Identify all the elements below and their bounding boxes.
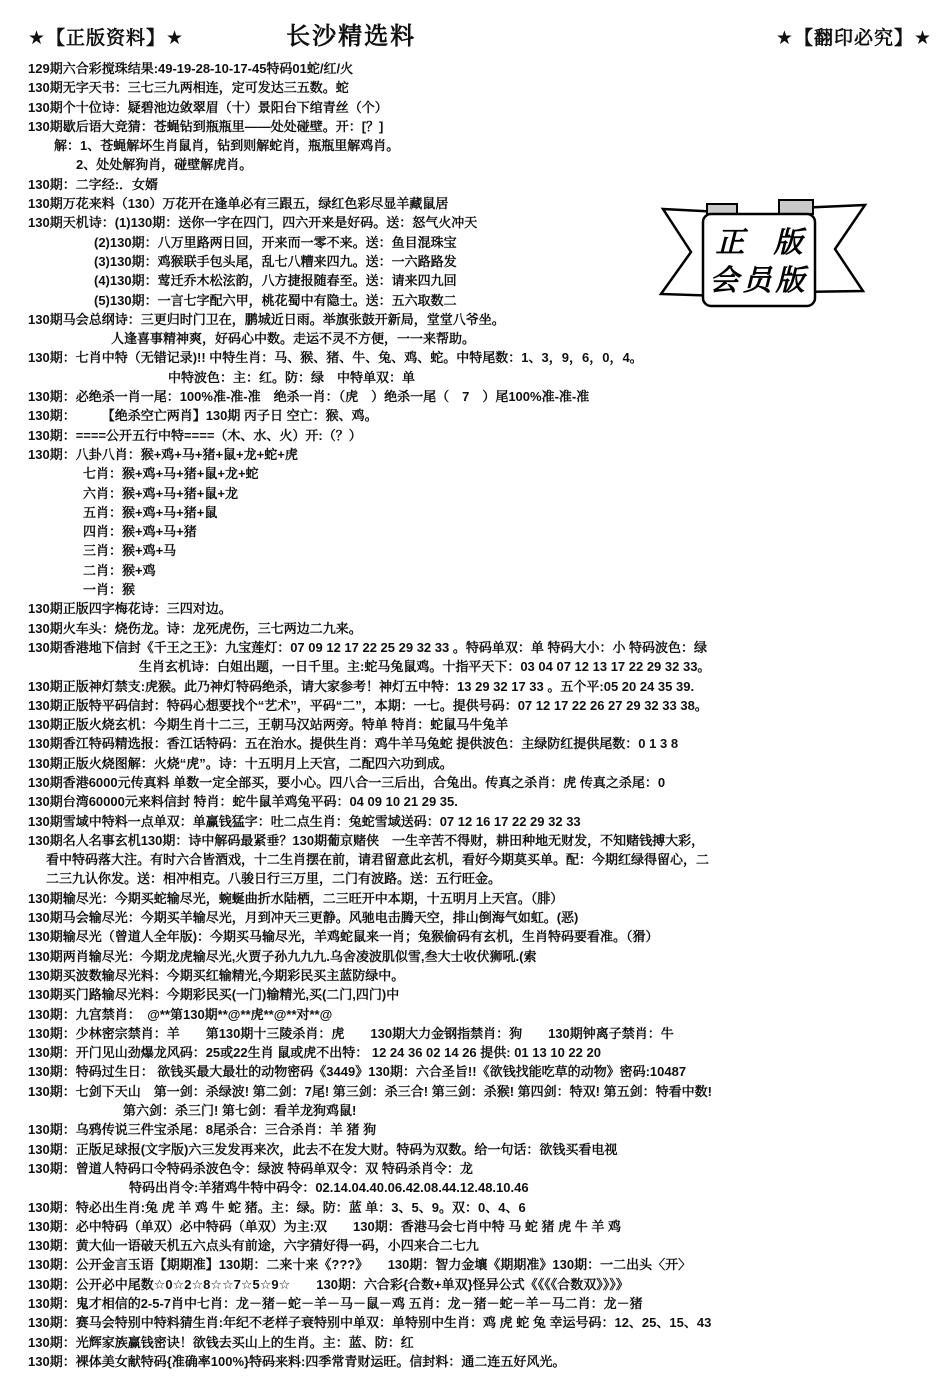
- doc-line-text: 130期：曾道人特码口令特码杀波色令：绿波 特码单双令：双 特码杀肖令：龙: [28, 1161, 473, 1176]
- doc-line-text: 130期：七剑下天山 第一剑：杀绿波! 第二剑：7尾! 第三剑：杀三合! 第三剑…: [28, 1084, 712, 1099]
- page-header: ★【正版资料】★ 长沙精选料 ★【翻印必究】★: [0, 0, 946, 53]
- doc-line: 130期：正版足球报(文字版)六三发发再来次，此去不在发大财。特码为双数。给一句…: [28, 1140, 942, 1159]
- doc-line-text: 五肖：猴+鸡+马+猪+鼠: [83, 505, 217, 520]
- doc-line-text: 130期天机诗：(1)130期：送你一字在四门，四六开来是好码。送：怒气火冲天: [28, 215, 477, 230]
- doc-line-text: 130期：八卦八肖：猴+鸡+马+猪+鼠+龙+蛇+虎: [28, 447, 298, 462]
- doc-line-text: 130期正版特平码信封：特码心想要找个“艺术”，平码“二”，本期：一七。提供号码…: [28, 698, 708, 713]
- doc-line-text: 130期：乌鸦传说三件宝杀尾：8尾杀合：三合杀肖：羊 猪 狗: [28, 1122, 376, 1137]
- doc-line: 四肖：猴+鸡+马+猪: [28, 522, 942, 541]
- doc-line-text: 130期：赛马会特别中特料猜生肖:年纪不老样子衰特别中单双：单特别中生肖：鸡 虎…: [28, 1315, 711, 1330]
- doc-line-text: 130期：光辉家族赢钱密诀！欲钱去买山上的生肖。主：蓝、防：红: [28, 1335, 414, 1350]
- doc-line-text: 130期正版神灯禁支:虎猴。此乃神灯特码绝杀，请大家参考！神灯五中特：13 29…: [28, 679, 694, 694]
- doc-line-text: 130期输尽光（曾道人全年版)：今期买马输尽光，羊鸡蛇鼠来一肖；兔猴偷码有玄机，…: [28, 929, 659, 944]
- doc-line-text: 130期：特必出生肖:兔 虎 羊 鸡 牛 蛇 猪。主：绿。防：蓝 单：3、5、9…: [28, 1200, 526, 1215]
- doc-line-text: 130期：正版足球报(文字版)六三发发再来次，此去不在发大财。特码为双数。给一句…: [28, 1142, 617, 1157]
- doc-line-text: 解：1、苍蝇解坏生肖鼠肖，钻到则解蛇肖，瓶瓶里解鸡肖。: [54, 138, 399, 153]
- doc-line-text: 130期：特码过生日： 欲钱买最大最壮的动物密码《3449》130期：六合圣旨!…: [28, 1064, 686, 1079]
- doc-line-text: 130期台湾60000元来料信封 特肖：蛇牛鼠羊鸡兔平码：04 09 10 21…: [28, 794, 458, 809]
- doc-line-text: 130期万花来料（130）万花开在逢单必有三跟五，绿红色彩尽显羊藏鼠居: [28, 196, 448, 211]
- doc-line: 130期香江特码精选报：香江话特码：五在治水。提供生肖：鸡牛羊马兔蛇 提供波色：…: [28, 734, 942, 753]
- stamp-line1: 正 版: [715, 225, 807, 259]
- doc-line-text: 二三九认你发。送：相冲相克。八骏日行三万里，二门有波路。送：五行旺金。: [46, 871, 501, 886]
- doc-line: 六肖：猴+鸡+马+猪+鼠+龙: [28, 484, 942, 503]
- doc-line-text: 130期马会输尽光：今期买羊输尽光，月到冲天三更静。风驰电击腾天空，排山倒海气如…: [28, 910, 578, 925]
- doc-line: 特码出肖令:羊猪鸡牛特中码令：02.14.04.40.06.42.08.44.1…: [28, 1178, 942, 1197]
- doc-line: 130期正版四字梅花诗：三四对边。: [28, 599, 942, 618]
- doc-line: 三肖：猴+鸡+马: [28, 541, 942, 560]
- doc-line: 人逢喜事精神爽，好码心中数。走运不灵不方便，一一来帮助。: [28, 329, 942, 348]
- doc-line-text: 130期：二字经:．女婿: [28, 177, 158, 192]
- doc-line: 130期： 【绝杀空亡两肖】130期 丙子日 空亡：猴、鸡。: [28, 406, 942, 425]
- doc-line-text: 七肖：猴+鸡+马+猪+鼠+龙+蛇: [83, 466, 259, 481]
- doc-line: 130期：光辉家族赢钱密诀！欲钱去买山上的生肖。主：蓝、防：红: [28, 1333, 942, 1352]
- doc-line: 130期输尽光：今期买蛇输尽光，蜿蜒曲折水陆栖，二三旺开中本期，十五明月上天宫。…: [28, 889, 942, 908]
- doc-line: 130期正版火烧玄机：今期生肖十二三，王朝马汉站两旁。特单 特肖：蛇鼠马牛兔羊: [28, 715, 942, 734]
- doc-line: 看中特码落大注。有时六合皆酒戏，十二生肖摆在前，请君留意此玄机，看好今期莫买单。…: [28, 850, 942, 869]
- header-right-label: ★【翻印必究】★: [776, 23, 932, 50]
- doc-line-text: 130期输尽光：今期买蛇输尽光，蜿蜒曲折水陆栖，二三旺开中本期，十五明月上天宫。…: [28, 891, 563, 906]
- doc-line: 130期：====公开五行中特====（木、水、火）开:（？）: [28, 426, 942, 445]
- doc-line-text: 中特波色：主：红。防：绿 中特单双：单: [168, 370, 415, 385]
- doc-line-text: 130期：公开必中尾数☆0☆2☆8☆☆7☆5☆9☆ 130期：六合彩{合数+单双…: [28, 1277, 629, 1292]
- doc-line-text: (2)130期：八万里路两日回，开来而一零不来。送：鱼目混珠宝: [94, 235, 457, 250]
- doc-line-text: 130期：裸体美女献特码{准确率100%}特码来料:四季常青财运旺。信封料：通二…: [28, 1354, 565, 1369]
- doc-line-text: 130期买门路输尽光料：今期彩民买(一门)输精光,买(二门,四门)中: [28, 987, 399, 1002]
- doc-line-text: 130期无字天书：三七三九两相连，定可发达三五数。蛇: [28, 80, 349, 95]
- doc-line: 130期两肖输尽光：今期龙虎输尽光,火贾子孙九九九.乌舍凌波肌似雪,叁大士收伏狮…: [28, 947, 942, 966]
- doc-line: 七肖：猴+鸡+马+猪+鼠+龙+蛇: [28, 464, 942, 483]
- doc-line: 130期名人名事玄机130期：诗中解码最紧垂？130期葡京赌侠 一生辛苦不得财，…: [28, 831, 942, 850]
- doc-line-text: 六肖：猴+鸡+马+猪+鼠+龙: [83, 486, 238, 501]
- doc-line-text: 130期：鬼才相信的2-5-7肖中七肖：龙－猪－蛇－羊－马－鼠－鸡 五肖：龙－猪…: [28, 1296, 643, 1311]
- doc-line-text: 130期：公开金言玉语【期期准】130期：二来十来《???》 130期：智力金壤…: [28, 1257, 691, 1272]
- doc-line: 130期：开门见山劲爆龙风码：25或22生肖 鼠或虎不出特： 12 24 36 …: [28, 1043, 942, 1062]
- doc-line: 130期：七肖中特（无错记录)!! 中特生肖：马、猴、猪、牛、兔、鸡、蛇。中特尾…: [28, 348, 942, 367]
- doc-line-text: 130期：七肖中特（无错记录)!! 中特生肖：马、猴、猪、牛、兔、鸡、蛇。中特尾…: [28, 350, 643, 365]
- doc-line: 130期：特必出生肖:兔 虎 羊 鸡 牛 蛇 猪。主：绿。防：蓝 单：3、5、9…: [28, 1198, 942, 1217]
- doc-line: 130期：九宫禁肖： @**第130期**@**虎**@**对**@: [28, 1005, 942, 1024]
- doc-line: 解：1、苍蝇解坏生肖鼠肖，钻到则解蛇肖，瓶瓶里解鸡肖。: [28, 136, 942, 155]
- member-edition-stamp: 正 版 会员版: [628, 188, 890, 326]
- doc-line: 130期正版特平码信封：特码心想要找个“艺术”，平码“二”，本期：一七。提供号码…: [28, 696, 942, 715]
- document-page: ★【正版资料】★ 长沙精选料 ★【翻印必究】★ 129期六合彩搅珠结果:49-1…: [0, 0, 946, 1388]
- doc-line: 130期：曾道人特码口令特码杀波色令：绿波 特码单双令：双 特码杀肖令：龙: [28, 1159, 942, 1178]
- doc-line-text: 130期：必绝杀一肖一尾：100%准-准-准 绝杀一肖：（虎 ）绝杀一尾（ 7 …: [28, 389, 589, 404]
- doc-line-text: 130期：开门见山劲爆龙风码：25或22生肖 鼠或虎不出特： 12 24 36 …: [28, 1045, 601, 1060]
- doc-line: 130期台湾60000元来料信封 特肖：蛇牛鼠羊鸡兔平码：04 09 10 21…: [28, 792, 942, 811]
- doc-line-text: 第六剑：杀三门! 第七剑：看羊龙狗鸡鼠!: [123, 1103, 356, 1118]
- doc-line-text: 130期：少林密宗禁肖：羊 第130期十三陵杀肖：虎 130期大力金钢指禁肖：狗…: [28, 1026, 674, 1041]
- doc-line: 130期买门路输尽光料：今期彩民买(一门)输精光,买(二门,四门)中: [28, 985, 942, 1004]
- doc-line-text: 130期两肖输尽光：今期龙虎输尽光,火贾子孙九九九.乌舍凌波肌似雪,叁大士收伏狮…: [28, 949, 536, 964]
- doc-line: 130期歇后语大竞猜：苍蝇钻到瓶瓶里——处处碰壁。开：[？]: [28, 117, 942, 136]
- doc-line: 130期雪域中特料一点单双：单赢钱猛字：吐二点生肖：兔蛇雪域送码：07 12 1…: [28, 812, 942, 831]
- doc-line-text: 130期正版火烧图解：火烧“虎”。诗：十五明月上天宫，二配四六功到成。: [28, 756, 453, 771]
- doc-line: 130期香港6000元传真料 单数一定全部买，要小心。四八合一三后出，合兔出。传…: [28, 773, 942, 792]
- ribbon-banner-icon: 正 版 会员版: [628, 188, 890, 326]
- doc-line: 130期个十位诗：疑碧池边敛翠眉（十）景阳台下绾青丝（个）: [28, 98, 942, 117]
- doc-line: 130期：特码过生日： 欲钱买最大最壮的动物密码《3449》130期：六合圣旨!…: [28, 1062, 942, 1081]
- doc-line: 二三九认你发。送：相冲相克。八骏日行三万里，二门有波路。送：五行旺金。: [28, 869, 942, 888]
- doc-line: 130期买波数输尽光料：今期买红输精光,今期彩民买主蓝防绿中。: [28, 966, 942, 985]
- doc-line-text: 130期： 【绝杀空亡两肖】130期 丙子日 空亡：猴、鸡。: [28, 408, 378, 423]
- header-left-label: ★【正版资料】★: [28, 23, 184, 50]
- doc-line: 130期：七剑下天山 第一剑：杀绿波! 第二剑：7尾! 第三剑：杀三合! 第三剑…: [28, 1082, 942, 1101]
- doc-line-text: 130期雪域中特料一点单双：单赢钱猛字：吐二点生肖：兔蛇雪域送码：07 12 1…: [28, 814, 581, 829]
- page-title: 长沙精选料: [286, 16, 416, 51]
- doc-line-text: 生肖玄机诗：白姐出题，一日千里。主:蛇马兔鼠鸡。十指平天下：03 04 07 1…: [139, 659, 710, 674]
- doc-line-text: 129期六合彩搅珠结果:49-19-28-10-17-45特码01蛇/红/火: [28, 61, 353, 76]
- doc-line-text: 二肖：猴+鸡: [83, 563, 156, 578]
- doc-line: 130期：乌鸦传说三件宝杀尾：8尾杀合：三合杀肖：羊 猪 狗: [28, 1120, 942, 1139]
- doc-line: 130期无字天书：三七三九两相连，定可发达三五数。蛇: [28, 78, 942, 97]
- doc-line-text: 130期香港6000元传真料 单数一定全部买，要小心。四八合一三后出，合兔出。传…: [28, 775, 665, 790]
- doc-line: 130期：八卦八肖：猴+鸡+马+猪+鼠+龙+蛇+虎: [28, 445, 942, 464]
- doc-line: 生肖玄机诗：白姐出题，一日千里。主:蛇马兔鼠鸡。十指平天下：03 04 07 1…: [28, 657, 942, 676]
- doc-line: 129期六合彩搅珠结果:49-19-28-10-17-45特码01蛇/红/火: [28, 59, 942, 78]
- doc-line: 二肖：猴+鸡: [28, 561, 942, 580]
- doc-line-text: 四肖：猴+鸡+马+猪: [83, 524, 197, 539]
- doc-line-text: 特码出肖令:羊猪鸡牛特中码令：02.14.04.40.06.42.08.44.1…: [129, 1180, 529, 1195]
- doc-line: 一肖：猴: [28, 580, 942, 599]
- doc-line: 130期：公开必中尾数☆0☆2☆8☆☆7☆5☆9☆ 130期：六合彩{合数+单双…: [28, 1275, 942, 1294]
- doc-line-text: 130期买波数输尽光料：今期买红输精光,今期彩民买主蓝防绿中。: [28, 968, 404, 983]
- stamp-line2: 会员版: [709, 263, 809, 297]
- doc-line: 130期正版火烧图解：火烧“虎”。诗：十五明月上天宫，二配四六功到成。: [28, 754, 942, 773]
- doc-line: 130期：赛马会特别中特料猜生肖:年纪不老样子衰特别中单双：单特别中生肖：鸡 虎…: [28, 1313, 942, 1332]
- doc-line: 130期火车头：烧伤龙。诗：龙死虎伤，三七两边二九来。: [28, 619, 942, 638]
- doc-line: 五肖：猴+鸡+马+猪+鼠: [28, 503, 942, 522]
- doc-line-text: 130期香江特码精选报：香江话特码：五在治水。提供生肖：鸡牛羊马兔蛇 提供波色：…: [28, 736, 678, 751]
- doc-line-text: 2、处处解狗肖，碰壁解虎肖。: [76, 157, 252, 172]
- doc-line-text: 130期正版火烧玄机：今期生肖十二三，王朝马汉站两旁。特单 特肖：蛇鼠马牛兔羊: [28, 717, 508, 732]
- doc-line: 130期正版神灯禁支:虎猴。此乃神灯特码绝杀，请大家参考！神灯五中特：13 29…: [28, 677, 942, 696]
- doc-line: 中特波色：主：红。防：绿 中特单双：单: [28, 368, 942, 387]
- doc-line-text: 130期正版四字梅花诗：三四对边。: [28, 601, 232, 616]
- doc-line-text: 130期马会总纲诗：三更归时门卫在，鹏城近日雨。举旗张鼓开新局，堂堂八爷坐。: [28, 312, 505, 327]
- doc-line: 2、处处解狗肖，碰壁解虎肖。: [28, 155, 942, 174]
- doc-line-text: 人逢喜事精神爽，好码心中数。走运不灵不方便，一一来帮助。: [111, 331, 475, 346]
- doc-line: 130期：必绝杀一肖一尾：100%准-准-准 绝杀一肖：（虎 ）绝杀一尾（ 7 …: [28, 387, 942, 406]
- doc-line-text: 130期名人名事玄机130期：诗中解码最紧垂？130期葡京赌侠 一生辛苦不得财，…: [28, 833, 704, 848]
- doc-line-text: 三肖：猴+鸡+马: [83, 543, 176, 558]
- doc-line: 第六剑：杀三门! 第七剑：看羊龙狗鸡鼠!: [28, 1101, 942, 1120]
- doc-line: 130期：公开金言玉语【期期准】130期：二来十来《???》 130期：智力金壤…: [28, 1255, 942, 1274]
- doc-line-text: 一肖：猴: [83, 582, 135, 597]
- doc-line: 130期：鬼才相信的2-5-7肖中七肖：龙－猪－蛇－羊－马－鼠－鸡 五肖：龙－猪…: [28, 1294, 942, 1313]
- doc-line-text: 看中特码落大注。有时六合皆酒戏，十二生肖摆在前，请君留意此玄机，看好今期莫买单。…: [46, 852, 709, 867]
- doc-line: 130期：裸体美女献特码{准确率100%}特码来料:四季常青财运旺。信封料：通二…: [28, 1352, 942, 1371]
- doc-line: 130期：少林密宗禁肖：羊 第130期十三陵杀肖：虎 130期大力金钢指禁肖：狗…: [28, 1024, 942, 1043]
- doc-line-text: 130期：====公开五行中特====（木、水、火）开:（？）: [28, 428, 362, 443]
- doc-line: 130期输尽光（曾道人全年版)：今期买马输尽光，羊鸡蛇鼠来一肖；兔猴偷码有玄机，…: [28, 927, 942, 946]
- doc-line-text: 130期：黄大仙一语破天机五六点头有前途，六字猜好得一码，小四来合二七九: [28, 1238, 479, 1253]
- doc-line-text: 130期：必中特码（单双）必中特码（单双）为主:双 130期：香港马会七肖中特 …: [28, 1219, 621, 1234]
- doc-line: 130期：黄大仙一语破天机五六点头有前途，六字猜好得一码，小四来合二七九: [28, 1236, 942, 1255]
- doc-line: 130期马会输尽光：今期买羊输尽光，月到冲天三更静。风驰电击腾天空，排山倒海气如…: [28, 908, 942, 927]
- doc-line: 130期香港地下信封《千王之王》：九宝莲灯：07 09 12 17 22 25 …: [28, 638, 942, 657]
- doc-line: 130期：必中特码（单双）必中特码（单双）为主:双 130期：香港马会七肖中特 …: [28, 1217, 942, 1236]
- doc-line-text: 130期火车头：烧伤龙。诗：龙死虎伤，三七两边二九来。: [28, 621, 362, 636]
- doc-line-text: 130期个十位诗：疑碧池边敛翠眉（十）景阳台下绾青丝（个）: [28, 100, 388, 115]
- doc-line-text: (3)130期：鸡猴联手包头尾，乱七八糟来四九。送：一六路路发: [94, 254, 457, 269]
- doc-line-text: 130期歇后语大竞猜：苍蝇钻到瓶瓶里——处处碰壁。开：[？]: [28, 119, 383, 134]
- doc-line-text: (5)130期：一言七字配六甲，桃花蜀中有隐士。送：五六取数二: [94, 293, 457, 308]
- doc-line-text: (4)130期：莺迁乔木松泫韵，八方捷报随春至。送：请来四九回: [94, 273, 457, 288]
- doc-line-text: 130期：九宫禁肖： @**第130期**@**虎**@**对**@: [28, 1007, 332, 1022]
- doc-line-text: 130期香港地下信封《千王之王》：九宝莲灯：07 09 12 17 22 25 …: [28, 640, 707, 655]
